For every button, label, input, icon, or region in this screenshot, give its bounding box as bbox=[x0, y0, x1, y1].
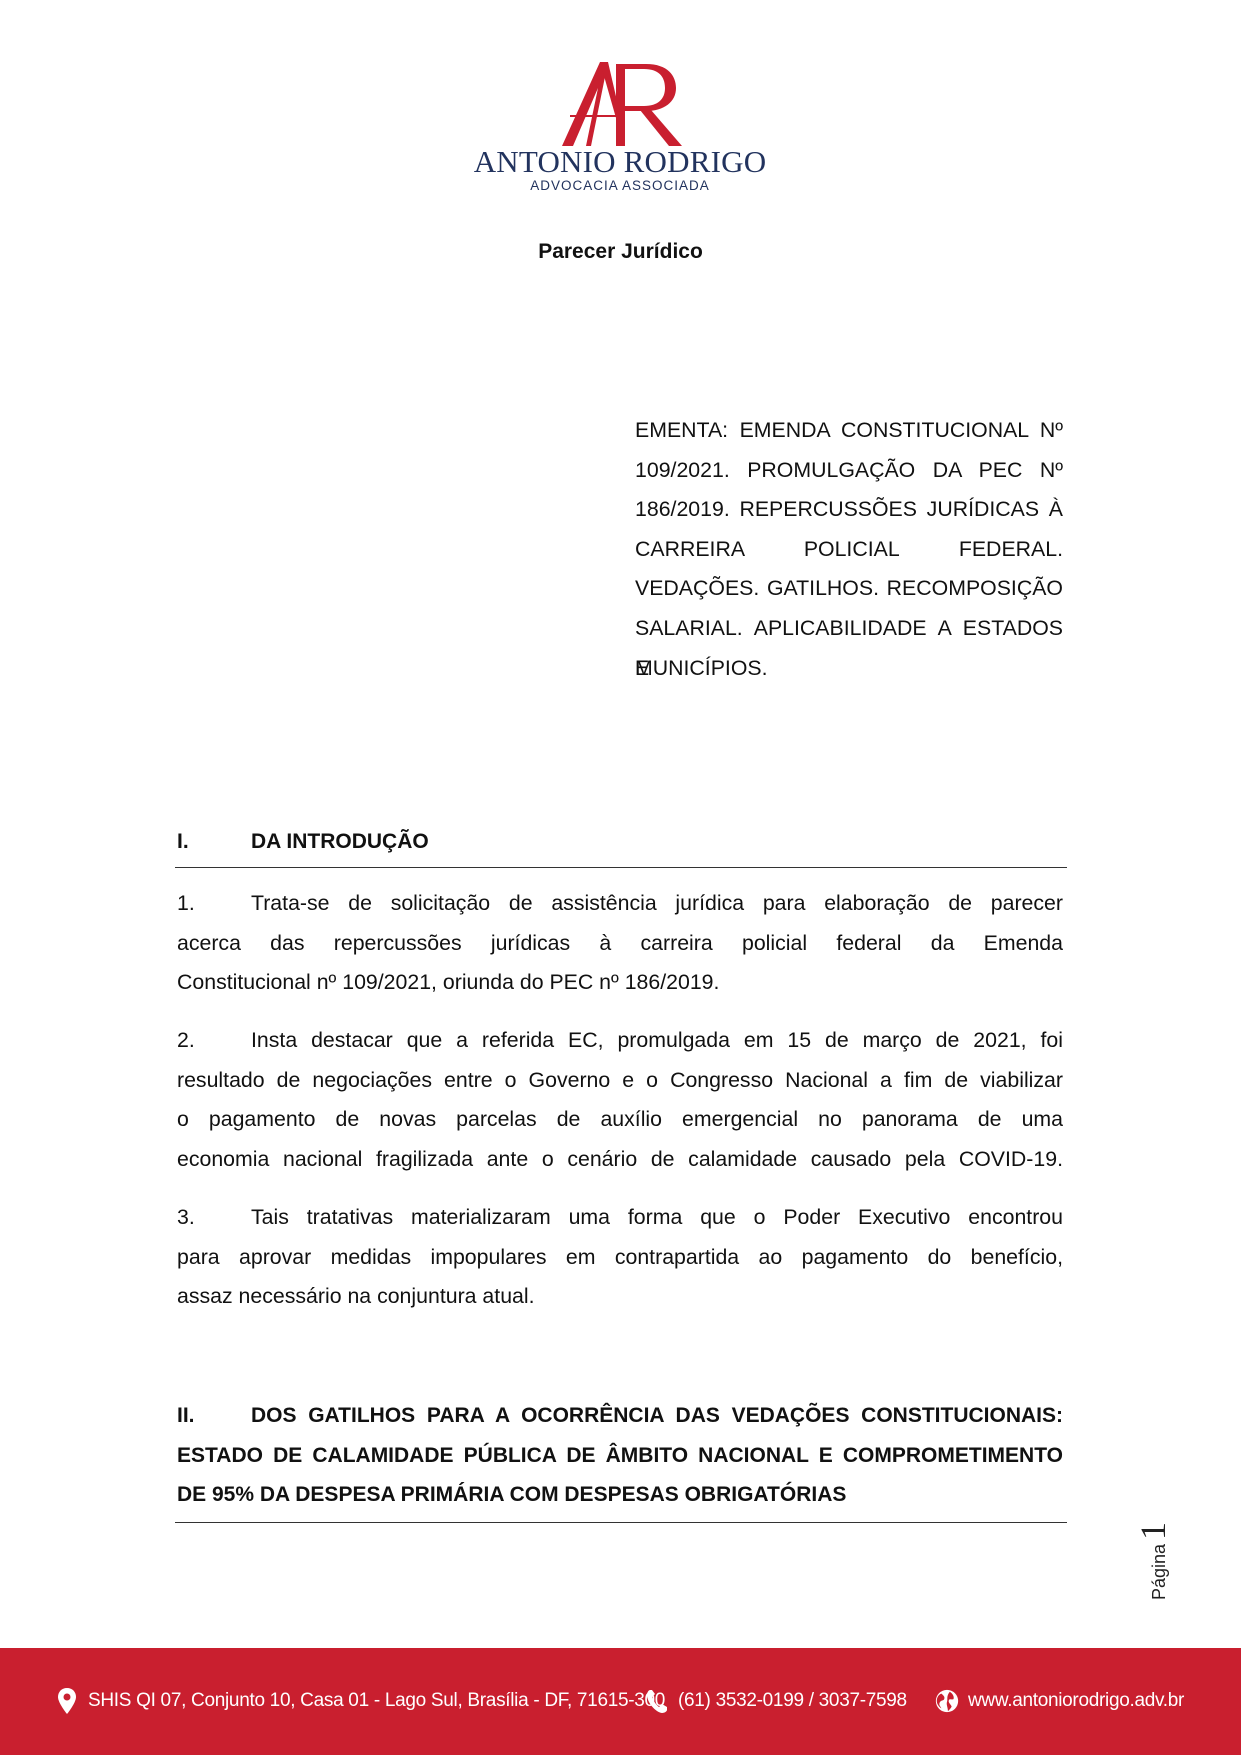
section-divider bbox=[175, 867, 1067, 868]
paragraph-line: Constitucional nº 109/2021, oriunda do P… bbox=[177, 963, 1063, 1003]
footer-address: SHIS QI 07, Conjunto 10, Casa 01 - Lago … bbox=[54, 1686, 665, 1716]
paragraph-line: Insta destacar que a referida EC, promul… bbox=[251, 1028, 1063, 1052]
firm-logo: ANTONIO RODRIGO ADVOCACIA ASSOCIADA bbox=[470, 58, 770, 193]
ementa-line: 109/2021. PROMULGAÇÃO DA PEC Nº bbox=[635, 451, 1063, 491]
page-number-value: 1 bbox=[1133, 1522, 1173, 1540]
paragraph-number: 1. bbox=[177, 884, 251, 924]
ementa-line: CARREIRA POLICIAL FEDERAL. bbox=[635, 530, 1063, 570]
page-label: Página bbox=[1149, 1544, 1169, 1600]
ementa-line: VEDAÇÕES. GATILHOS. RECOMPOSIÇÃO bbox=[635, 569, 1063, 609]
paragraph-3: 3.Tais tratativas materializaram uma for… bbox=[177, 1198, 1063, 1317]
paragraph-line: o pagamento de novas parcelas de auxílio… bbox=[177, 1100, 1063, 1140]
ementa-block: EMENTA: EMENDA CONSTITUCIONAL Nº 109/202… bbox=[635, 411, 1063, 688]
footer-website[interactable]: www.antoniorodrigo.adv.br bbox=[934, 1686, 1184, 1716]
paragraph-line: para aprovar medidas impopulares em cont… bbox=[177, 1238, 1063, 1278]
section-heading-introducao: I.DA INTRODUÇÃO bbox=[177, 822, 1063, 862]
paragraph-number: 3. bbox=[177, 1198, 251, 1238]
section-title-line: ESTADO DE CALAMIDADE PÚBLICA DE ÂMBITO N… bbox=[177, 1436, 1063, 1476]
section-divider bbox=[175, 1522, 1067, 1523]
globe-icon bbox=[934, 1687, 960, 1715]
ementa-line: 186/2019. REPERCUSSÕES JURÍDICAS À bbox=[635, 490, 1063, 530]
paragraph-line: economia nacional fragilizada ante o cen… bbox=[177, 1140, 1063, 1180]
page-number: Página1 bbox=[1132, 1522, 1174, 1600]
firm-subtitle: ADVOCACIA ASSOCIADA bbox=[470, 179, 770, 193]
address-text: SHIS QI 07, Conjunto 10, Casa 01 - Lago … bbox=[88, 1690, 665, 1712]
section-title: DA INTRODUÇÃO bbox=[251, 830, 429, 853]
section-number: II. bbox=[177, 1396, 251, 1436]
document-title: Parecer Jurídico bbox=[0, 238, 1241, 266]
section-title-line: DE 95% DA DESPESA PRIMÁRIA COM DESPESAS … bbox=[177, 1475, 1063, 1515]
section-number: I. bbox=[177, 822, 251, 862]
phone-icon bbox=[644, 1687, 670, 1715]
paragraph-line: acerca das repercussões jurídicas à carr… bbox=[177, 924, 1063, 964]
paragraph-line: Tais tratativas materializaram uma forma… bbox=[251, 1205, 1063, 1229]
paragraph-line: assaz necessário na conjuntura atual. bbox=[177, 1277, 1063, 1317]
ar-monogram-icon bbox=[470, 58, 770, 148]
ementa-line: EMENTA: EMENDA CONSTITUCIONAL Nº bbox=[635, 411, 1063, 451]
paragraph-line: Trata-se de solicitação de assistência j… bbox=[251, 891, 1063, 915]
map-pin-icon bbox=[54, 1687, 80, 1715]
paragraph-2: 2.Insta destacar que a referida EC, prom… bbox=[177, 1021, 1063, 1179]
footer-phone: (61) 3532-0199 / 3037-7598 bbox=[644, 1686, 907, 1716]
paragraph-1: 1.Trata-se de solicitação de assistência… bbox=[177, 884, 1063, 1003]
ementa-line: SALARIAL. APLICABILIDADE A ESTADOS E bbox=[635, 609, 1063, 649]
section-heading-gatilhos: II.DOS GATILHOS PARA A OCORRÊNCIA DAS VE… bbox=[177, 1396, 1063, 1515]
section-title-line: DOS GATILHOS PARA A OCORRÊNCIA DAS VEDAÇ… bbox=[251, 1404, 1063, 1427]
ementa-line: MUNICÍPIOS. bbox=[635, 649, 1063, 689]
footer-bar: SHIS QI 07, Conjunto 10, Casa 01 - Lago … bbox=[0, 1648, 1241, 1755]
firm-name: ANTONIO RODRIGO bbox=[470, 146, 770, 178]
website-link[interactable]: www.antoniorodrigo.adv.br bbox=[968, 1690, 1184, 1712]
paragraph-number: 2. bbox=[177, 1021, 251, 1061]
paragraph-line: resultado de negociações entre o Governo… bbox=[177, 1061, 1063, 1101]
phone-text: (61) 3532-0199 / 3037-7598 bbox=[678, 1690, 907, 1712]
